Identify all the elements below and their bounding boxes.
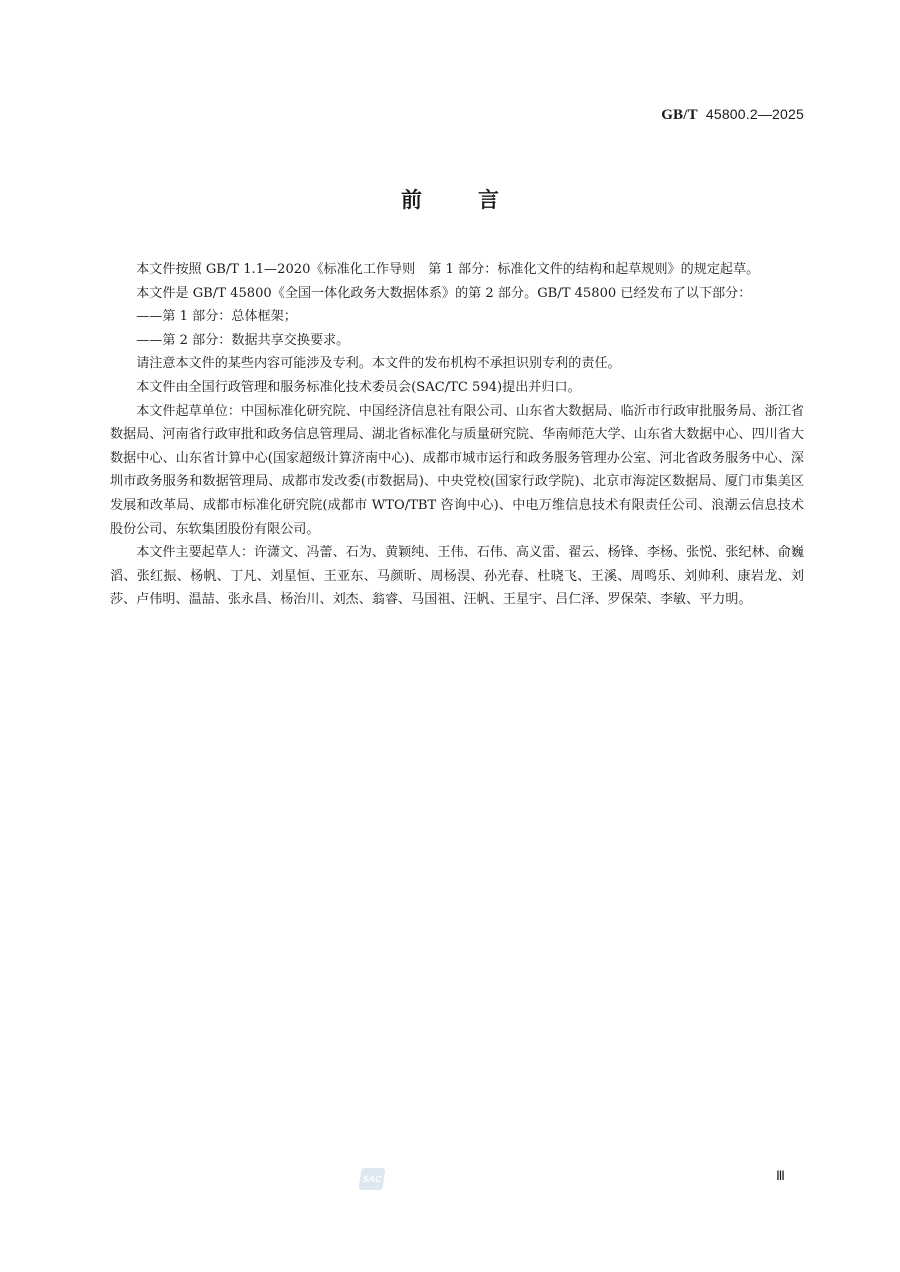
paragraph-series-info: 本文件是 GB/T 45800《全国一体化政务大数据体系》的第 2 部分。GB/…	[110, 282, 804, 306]
standard-prefix: GB/T	[661, 107, 698, 123]
list-item-part-1: ——第 1 部分：总体框架；	[110, 305, 804, 329]
standard-number: GB/T45800.2—2025	[661, 106, 804, 124]
foreword-body: 本文件按照 GB/T 1.1—2020《标准化工作导则 第 1 部分：标准化文件…	[110, 258, 804, 612]
paragraph-committee: 本文件由全国行政管理和服务标准化技术委员会(SAC/TC 594)提出并归口。	[110, 376, 804, 400]
standard-code: 45800.2—2025	[706, 106, 804, 122]
page-number: Ⅲ	[776, 1168, 785, 1184]
paragraph-drafters: 本文件主要起草人：许潇文、冯蕾、石为、黄颖纯、王伟、石伟、高义雷、翟云、杨锋、李…	[110, 541, 804, 612]
paragraph-patent-notice: 请注意本文件的某些内容可能涉及专利。本文件的发布机构不承担识别专利的责任。	[110, 352, 804, 376]
paragraph-drafting-rules: 本文件按照 GB/T 1.1—2020《标准化工作导则 第 1 部分：标准化文件…	[110, 258, 804, 282]
sac-logo-icon: SAC	[358, 1168, 385, 1190]
paragraph-drafting-units: 本文件起草单位：中国标准化研究院、中国经济信息社有限公司、山东省大数据局、临沂市…	[110, 400, 804, 542]
list-item-part-2: ——第 2 部分：数据共享交换要求。	[110, 329, 804, 353]
page-title: 前言	[0, 184, 900, 214]
